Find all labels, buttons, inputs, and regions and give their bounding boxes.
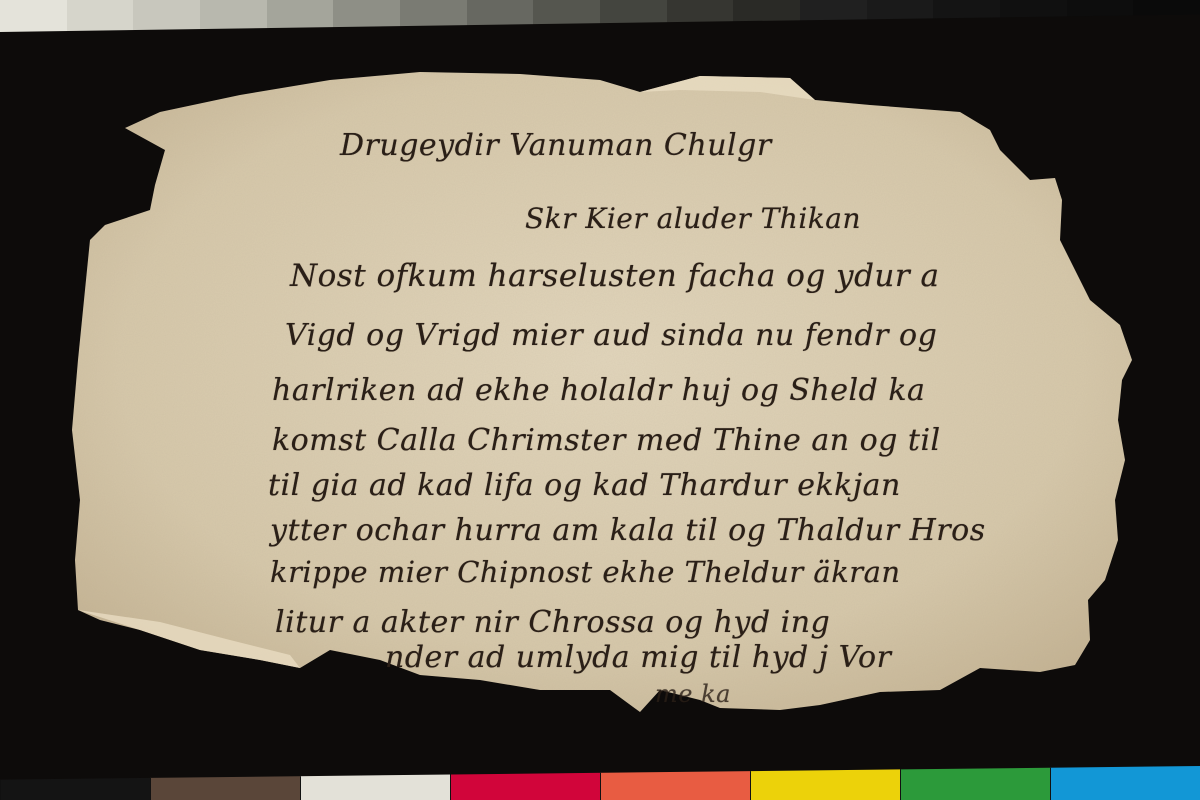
manuscript-line-8: ytter ochar hurra am kala til og Thaldur…: [270, 513, 986, 548]
manuscript-line-1: Drugeydir Vanuman Chulgr: [340, 128, 772, 163]
manuscript-line-9: krippe mier Chipnost ekhe Theldur äkran: [270, 555, 901, 589]
color-patch-6: [750, 766, 900, 800]
manuscript-line-12: me ka: [655, 680, 731, 708]
manuscript-line-10: litur a akter nir Chrossa og hyd ing: [275, 605, 830, 640]
manuscript-line-5: harlriken ad ekhe holaldr huj og Sheld k…: [272, 373, 925, 408]
manuscript-line-6: komst Calla Chrimster med Thine an og ti…: [272, 423, 941, 458]
manuscript-line-2: Skr Kier aluder Thikan: [525, 202, 861, 235]
color-patch-8: [1050, 766, 1200, 800]
manuscript-line-11: nder ad umlyda mig til hyd j Vor: [385, 640, 891, 675]
manuscript-line-7: til gia ad kad lifa og kad Thardur ekkja…: [268, 468, 901, 503]
manuscript-fragment: Drugeydir Vanuman Chulgr Skr Kier aluder…: [0, 0, 1200, 800]
manuscript-line-4: Vigd og Vrigd mier aud sinda nu fendr og: [285, 318, 937, 353]
manuscript-line-3: Nost ofkum harselusten facha og ydur a: [290, 258, 940, 294]
color-patch-7: [900, 766, 1050, 800]
